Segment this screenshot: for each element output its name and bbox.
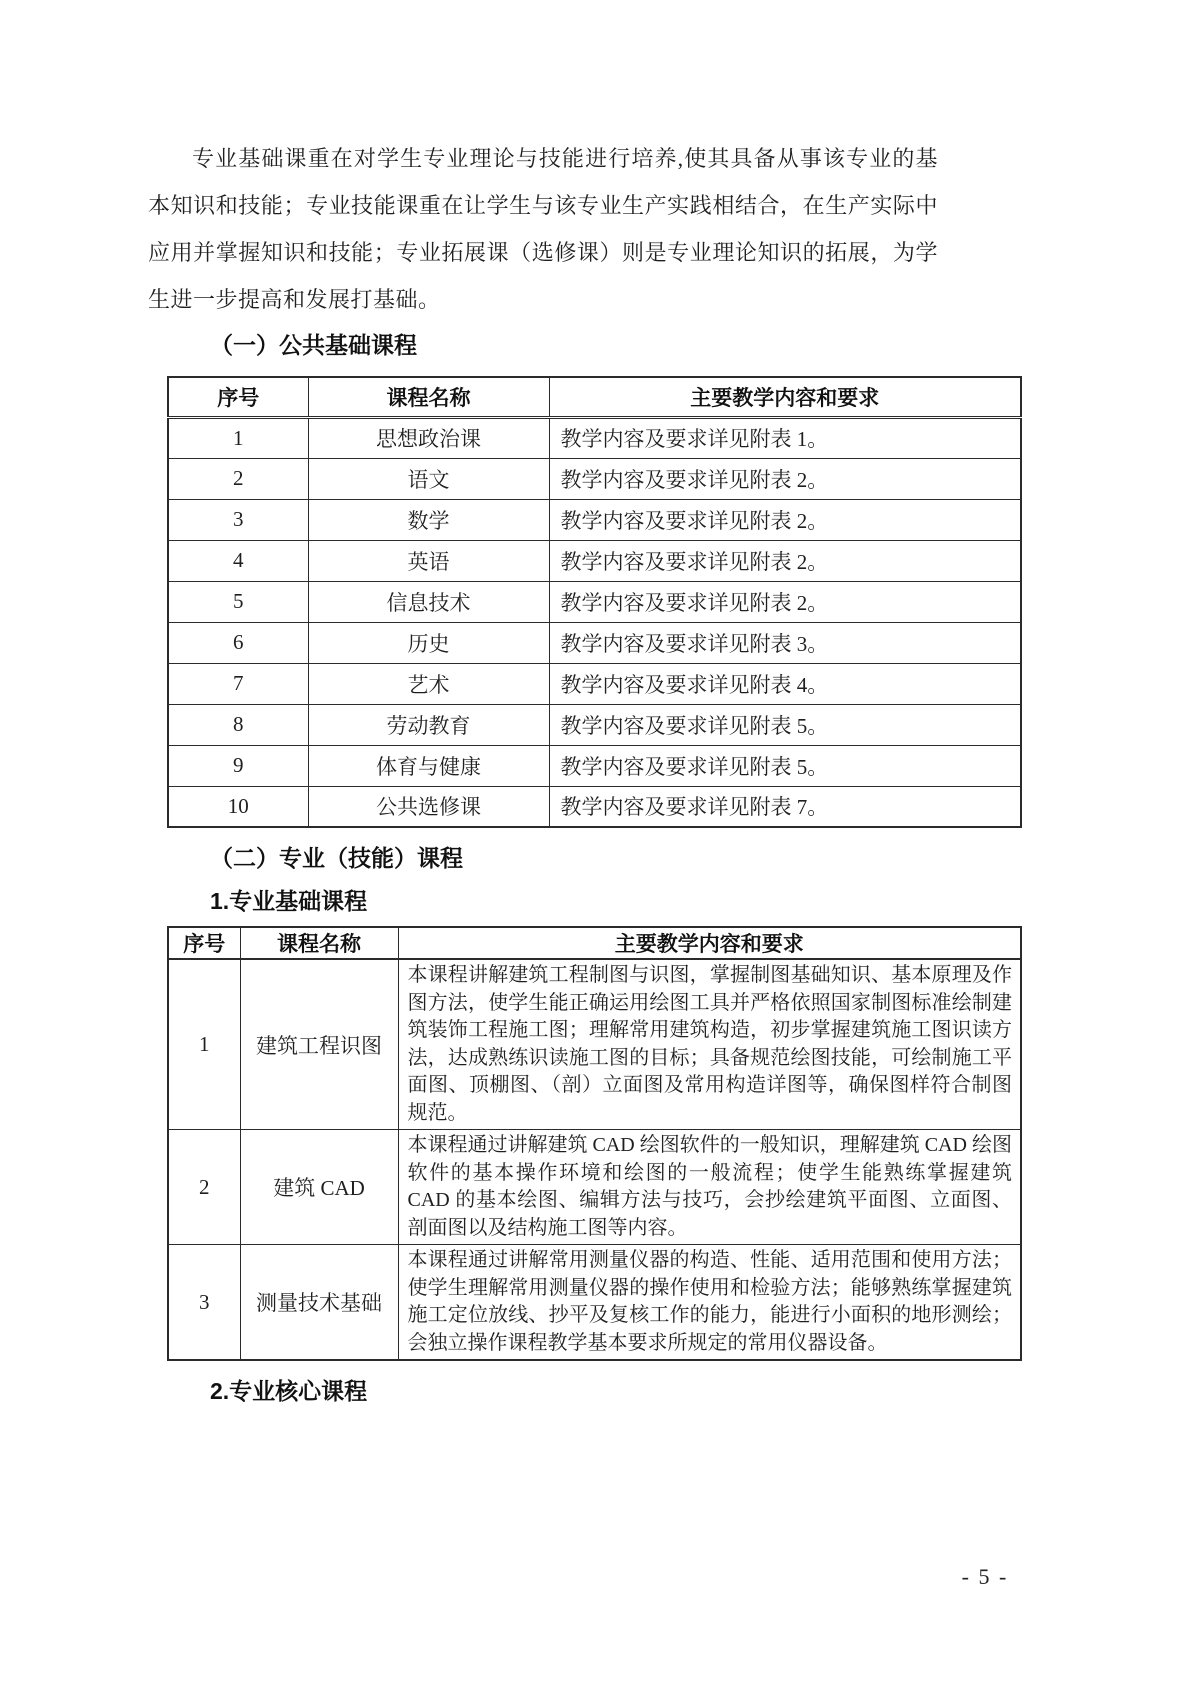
table-row: 10 公共选修课 教学内容及要求详见附表 7。	[168, 786, 1021, 827]
course-name-cell: 信息技术	[308, 581, 549, 622]
course-content-cell: 教学内容及要求详见附表 5。	[549, 704, 1021, 745]
course-name-cell: 历史	[308, 622, 549, 663]
header-cell-course-name: 课程名称	[308, 377, 549, 417]
professional-basic-courses-table: 序号 课程名称 主要教学内容和要求 1 建筑工程识图 本课程讲解建筑工程制图与识…	[167, 926, 1022, 1361]
table-row: 1 思想政治课 教学内容及要求详见附表 1。	[168, 417, 1021, 458]
course-no-cell: 4	[168, 540, 308, 581]
table-header-row: 序号 课程名称 主要教学内容和要求	[168, 927, 1021, 959]
course-no-cell: 9	[168, 745, 308, 786]
course-content-cell: 教学内容及要求详见附表 1。	[549, 417, 1021, 458]
course-name-cell: 劳动教育	[308, 704, 549, 745]
subheading-professional-basic-courses: 1.专业基础课程	[148, 886, 1038, 916]
course-no-cell: 2	[168, 1130, 240, 1245]
course-name-cell: 艺术	[308, 663, 549, 704]
course-name-cell: 建筑工程识图	[240, 959, 398, 1130]
course-name-cell: 体育与健康	[308, 745, 549, 786]
table-row: 5 信息技术 教学内容及要求详见附表 2。	[168, 581, 1021, 622]
course-no-cell: 8	[168, 704, 308, 745]
course-content-cell: 教学内容及要求详见附表 5。	[549, 745, 1021, 786]
table-row: 9 体育与健康 教学内容及要求详见附表 5。	[168, 745, 1021, 786]
section-heading-public-basic-courses: （一）公共基础课程	[148, 330, 1038, 360]
course-content-cell: 教学内容及要求详见附表 2。	[549, 499, 1021, 540]
course-no-cell: 5	[168, 581, 308, 622]
table-row: 2 建筑 CAD 本课程通过讲解建筑 CAD 绘图软件的一般知识，理解建筑 CA…	[168, 1130, 1021, 1245]
course-name-cell: 公共选修课	[308, 786, 549, 827]
table-row: 4 英语 教学内容及要求详见附表 2。	[168, 540, 1021, 581]
course-no-cell: 3	[168, 1245, 240, 1361]
course-content-cell: 教学内容及要求详见附表 2。	[549, 581, 1021, 622]
intro-paragraph: 专业基础课重在对学生专业理论与技能进行培养,使其具备从事该专业的基本知识和技能；…	[148, 135, 938, 323]
course-no-cell: 3	[168, 499, 308, 540]
course-content-cell: 本课程通过讲解建筑 CAD 绘图软件的一般知识，理解建筑 CAD 绘图软件的基本…	[398, 1130, 1021, 1245]
course-name-cell: 英语	[308, 540, 549, 581]
header-cell-serial-no: 序号	[168, 377, 308, 417]
course-content-cell: 本课程讲解建筑工程制图与识图，掌握制图基础知识、基本原理及作图方法，使学生能正确…	[398, 959, 1021, 1130]
course-no-cell: 2	[168, 458, 308, 499]
header-cell-course-name: 课程名称	[240, 927, 398, 959]
course-no-cell: 7	[168, 663, 308, 704]
table-row: 2 语文 教学内容及要求详见附表 2。	[168, 458, 1021, 499]
header-cell-serial-no: 序号	[168, 927, 240, 959]
table-row: 3 测量技术基础 本课程通过讲解常用测量仪器的构造、性能、适用范围和使用方法；使…	[168, 1245, 1021, 1361]
subheading-professional-core-courses: 2.专业核心课程	[148, 1376, 1038, 1406]
course-content-cell: 教学内容及要求详见附表 3。	[549, 622, 1021, 663]
page-content: 专业基础课重在对学生专业理论与技能进行培养,使其具备从事该专业的基本知识和技能；…	[148, 135, 1038, 1406]
course-no-cell: 1	[168, 959, 240, 1130]
course-content-cell: 教学内容及要求详见附表 4。	[549, 663, 1021, 704]
course-name-cell: 建筑 CAD	[240, 1130, 398, 1245]
course-content-cell: 教学内容及要求详见附表 2。	[549, 540, 1021, 581]
document-page: 专业基础课重在对学生专业理论与技能进行培养,使其具备从事该专业的基本知识和技能；…	[0, 0, 1191, 1684]
course-name-cell: 语文	[308, 458, 549, 499]
course-name-cell: 思想政治课	[308, 417, 549, 458]
course-name-cell: 数学	[308, 499, 549, 540]
public-basic-courses-table: 序号 课程名称 主要教学内容和要求 1 思想政治课 教学内容及要求详见附表 1。…	[167, 376, 1022, 828]
course-no-cell: 10	[168, 786, 308, 827]
course-no-cell: 6	[168, 622, 308, 663]
table-row: 1 建筑工程识图 本课程讲解建筑工程制图与识图，掌握制图基础知识、基本原理及作图…	[168, 959, 1021, 1130]
course-no-cell: 1	[168, 417, 308, 458]
table-row: 6 历史 教学内容及要求详见附表 3。	[168, 622, 1021, 663]
table-row: 3 数学 教学内容及要求详见附表 2。	[168, 499, 1021, 540]
section-heading-professional-skill-courses: （二）专业（技能）课程	[148, 843, 1038, 873]
header-cell-course-content: 主要教学内容和要求	[549, 377, 1021, 417]
course-content-cell: 教学内容及要求详见附表 7。	[549, 786, 1021, 827]
table-header-row: 序号 课程名称 主要教学内容和要求	[168, 377, 1021, 417]
page-number: - 5 -	[925, 1564, 1045, 1590]
header-cell-course-content: 主要教学内容和要求	[398, 927, 1021, 959]
course-name-cell: 测量技术基础	[240, 1245, 398, 1361]
course-content-cell: 教学内容及要求详见附表 2。	[549, 458, 1021, 499]
course-content-cell: 本课程通过讲解常用测量仪器的构造、性能、适用范围和使用方法；使学生理解常用测量仪…	[398, 1245, 1021, 1361]
table-row: 7 艺术 教学内容及要求详见附表 4。	[168, 663, 1021, 704]
table-row: 8 劳动教育 教学内容及要求详见附表 5。	[168, 704, 1021, 745]
